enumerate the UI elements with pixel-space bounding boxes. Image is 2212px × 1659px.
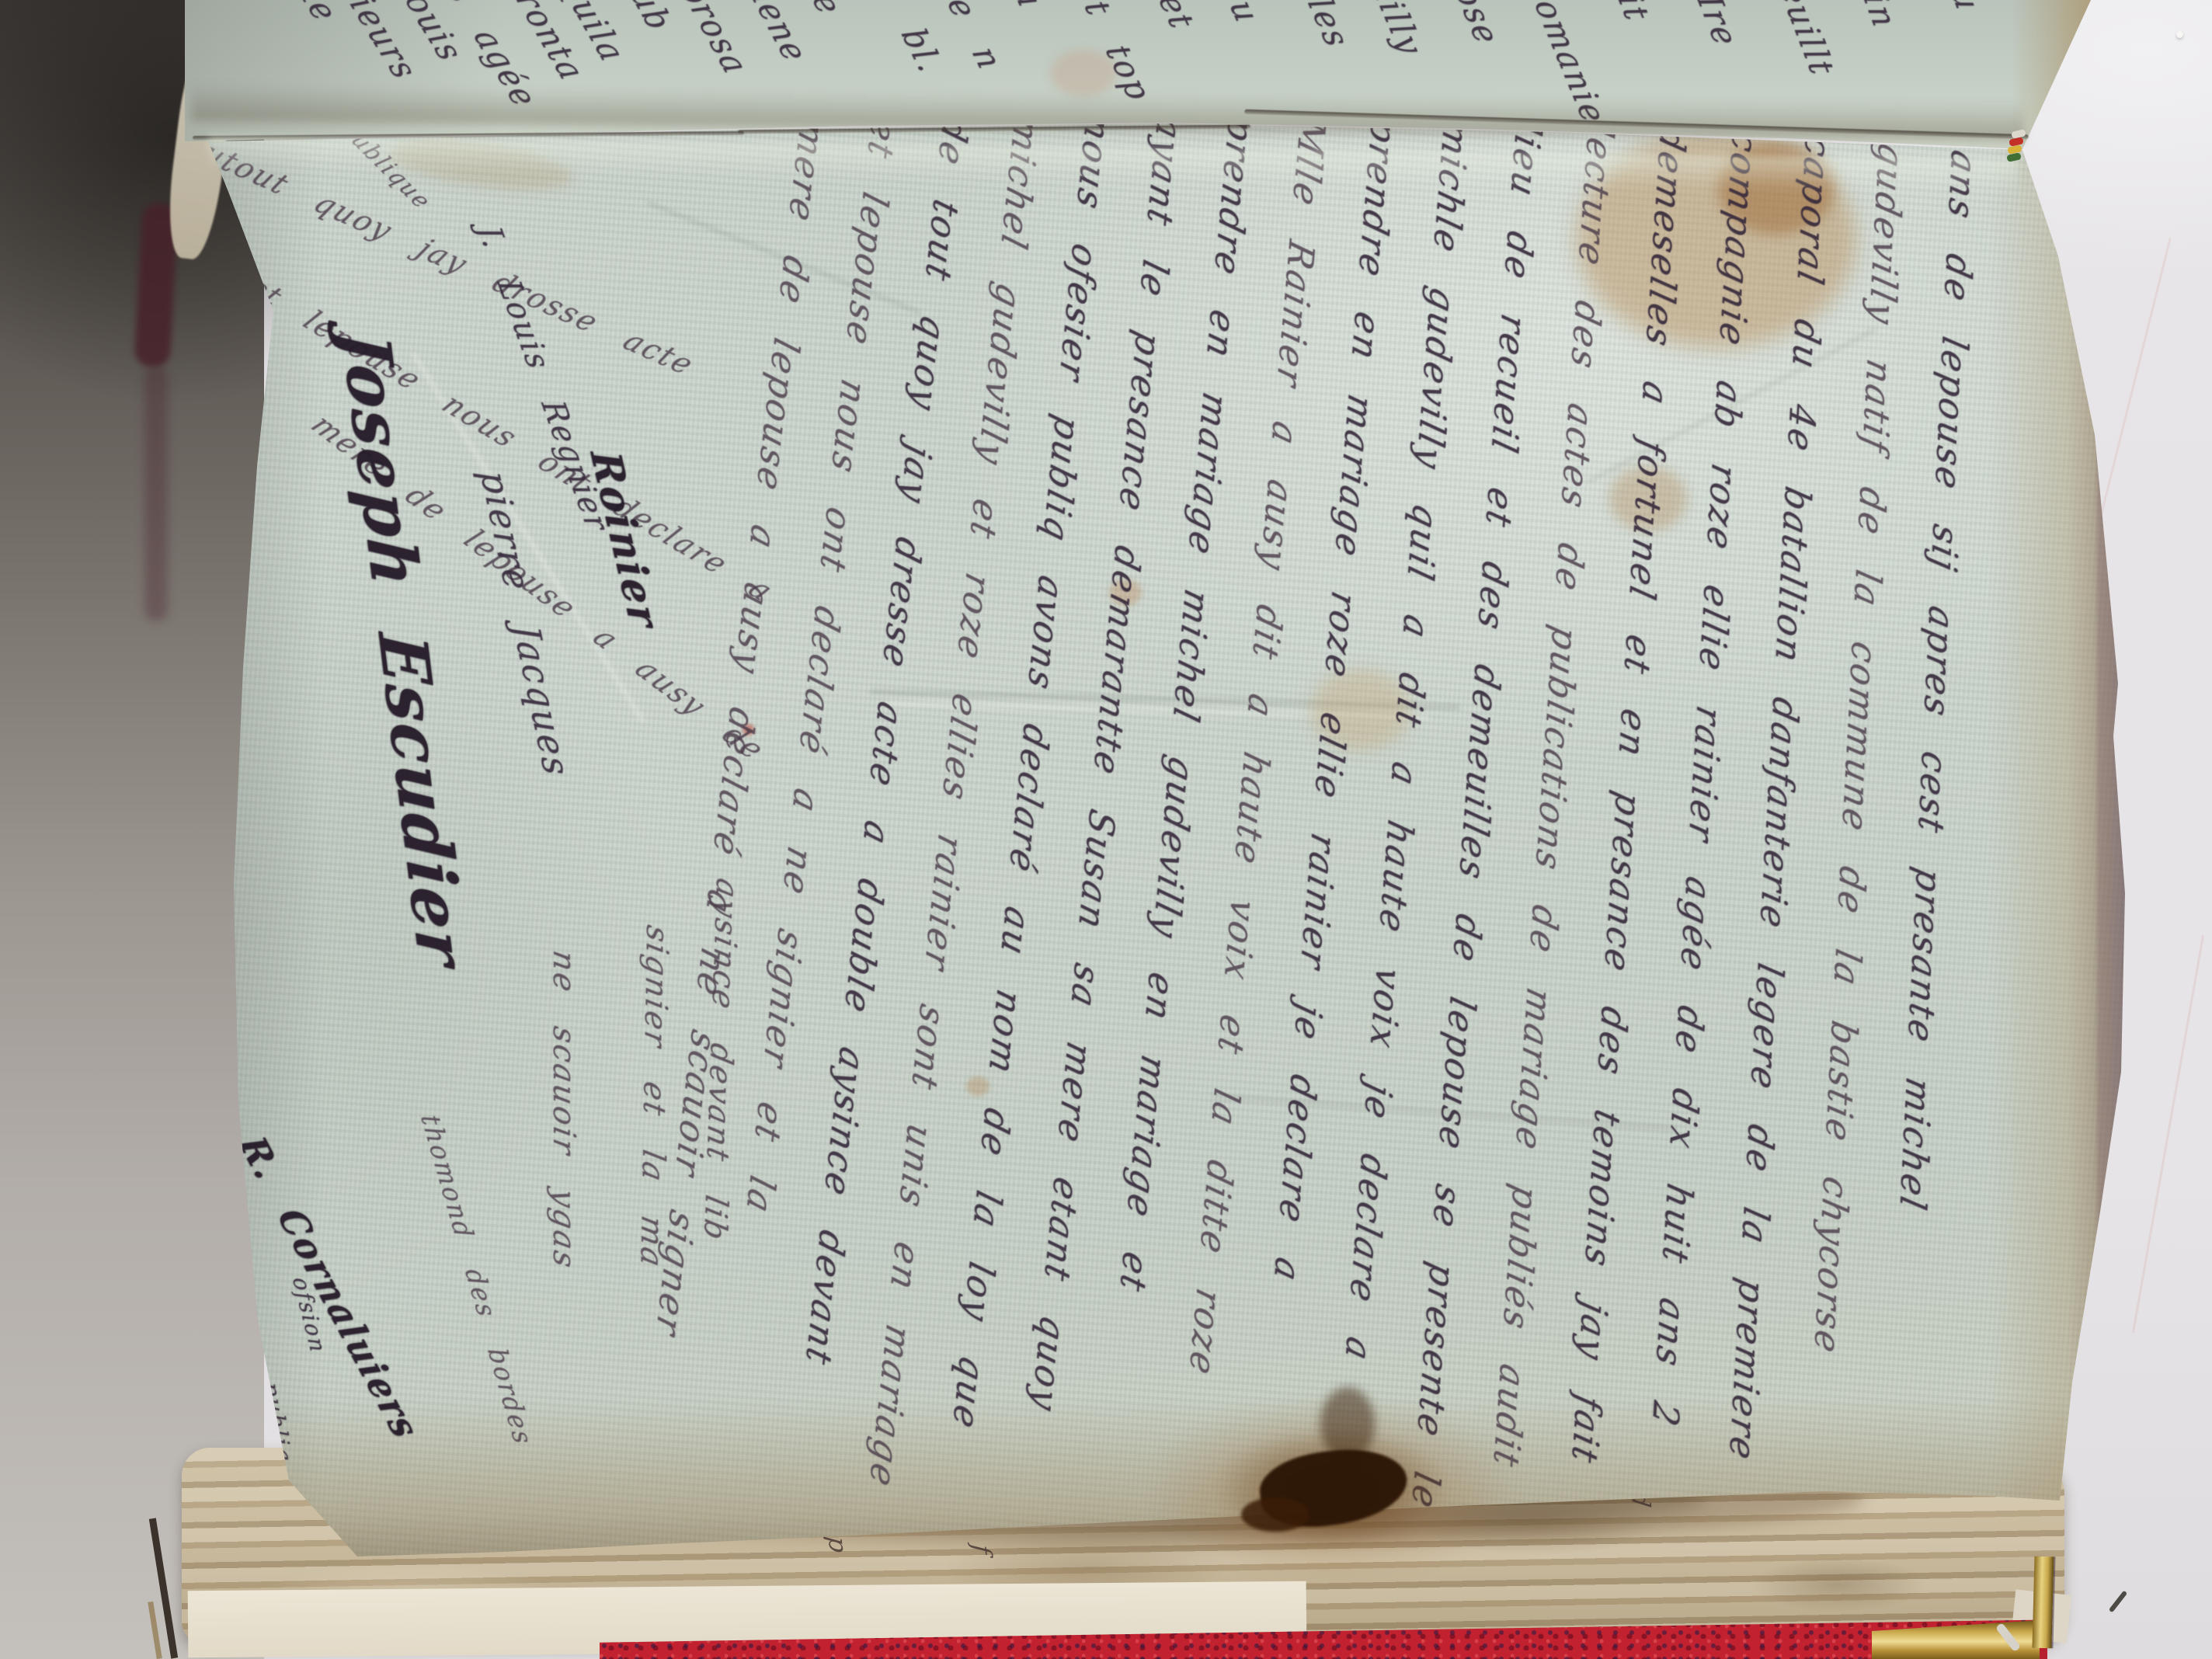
top-fragment: Su [1214, 0, 1266, 26]
top-fragment: feuillt [1768, 0, 1840, 78]
thread-green [2006, 152, 2021, 162]
top-fragment: rose [1442, 0, 1504, 47]
top-fragment: ra [1000, 0, 1049, 12]
edge-mark: p [825, 1536, 851, 1556]
top-fragment: Det [1141, 0, 1200, 33]
top-fragment: Dit [1602, 0, 1654, 24]
top-fragment: ailes [1289, 0, 1355, 51]
binding-thread [2007, 130, 2038, 169]
edge-mark: f [969, 1544, 996, 1557]
top-fragment: et top [1069, 0, 1157, 104]
signature-thomond: thomond des bordes [417, 1114, 537, 1446]
handwritten-line-tail: signier et la ma [635, 923, 673, 1271]
top-fragment: Je [799, 0, 847, 19]
photograph-open-register: llypfd luesieursLouiss agéeBrontaquilapu… [0, 0, 2212, 1659]
burn-hole [1241, 1497, 1309, 1532]
top-fragment: la bl. [864, 0, 948, 77]
top-fragment: tu [1940, 0, 1986, 13]
top-fragment: prosa [674, 0, 754, 78]
top-fragment: pub [614, 0, 678, 35]
top-fragment: uilly [1365, 0, 1429, 58]
top-fragment: lin [1853, 0, 1902, 30]
handwritten-line: ans de lepouse sij apres cest presante m… [1895, 148, 1982, 1215]
manuscript-page: ans de lepouse sij apres cest presante m… [0, 0, 2212, 1659]
signature-joseph: Joseph Escudier [332, 331, 475, 969]
manuscript-text: ans de lepouse sij apres cest presante m… [0, 0, 2212, 1659]
cover-maroon-sliver [144, 365, 168, 621]
brass-clasp-bar [2032, 1556, 2054, 1649]
handwritten-line-tail: ne scauoir ygas [548, 948, 579, 1272]
top-fragment: lue [283, 0, 343, 26]
top-fragment: Mre [1684, 0, 1744, 49]
